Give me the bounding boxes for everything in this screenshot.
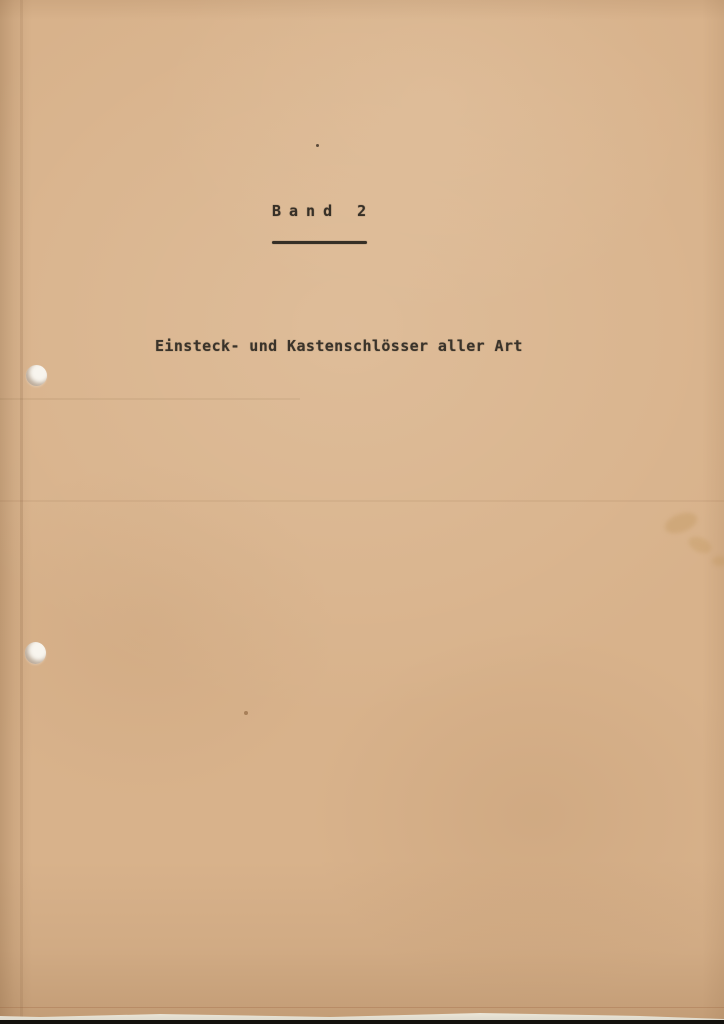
binding-edge-crease [20, 0, 23, 1019]
title-underline [272, 241, 367, 244]
horizontal-crease-upper [0, 398, 300, 400]
bottom-edge-crease [0, 1007, 724, 1008]
scanned-document: Band 2 Einsteck- und Kastenschlösser all… [0, 0, 724, 1024]
stain-mark [662, 509, 700, 538]
paper-sheet: Band 2 Einsteck- und Kastenschlösser all… [0, 0, 724, 1019]
ink-speck [316, 144, 319, 147]
horizontal-crease-middle [0, 500, 724, 502]
scanner-edge [0, 1020, 724, 1024]
page-subtitle: Einsteck- und Kastenschlösser aller Art [155, 337, 523, 355]
punch-hole-bottom [25, 642, 46, 664]
stain-mark [712, 556, 724, 566]
page-title: Band 2 [272, 202, 374, 220]
paper-fleck [244, 711, 248, 715]
stain-mark [686, 534, 714, 557]
punch-hole-top [26, 365, 47, 386]
